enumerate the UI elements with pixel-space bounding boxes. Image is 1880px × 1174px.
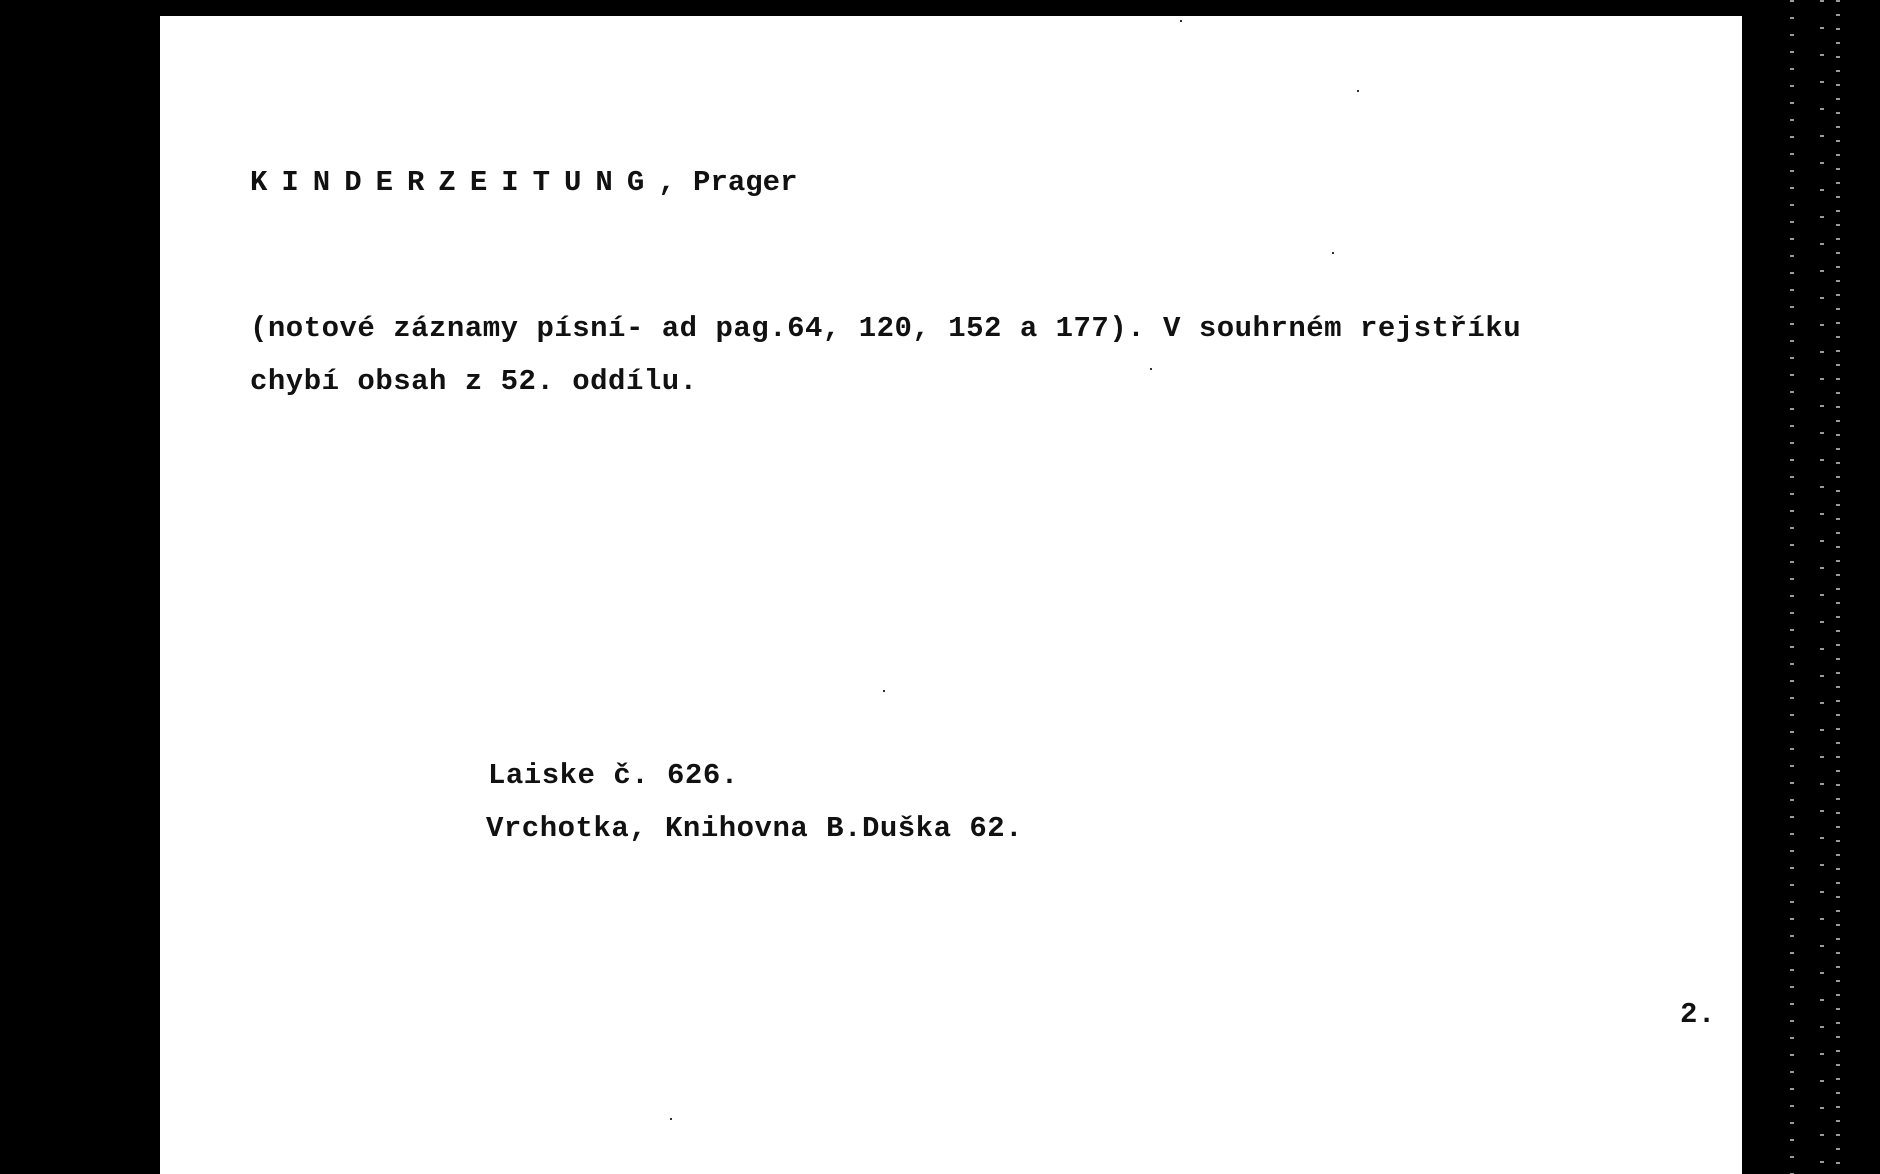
speck [1357,90,1359,92]
reference-line-1: Laiske č. 626. [488,759,739,792]
speck [1180,20,1182,22]
scan-edge-noise [1820,0,1824,1174]
page-number: 2. [1680,998,1716,1031]
speck [670,1118,672,1120]
note-line-1: (notové záznamy písní- ad pag.64, 120, 1… [250,312,1521,345]
catalog-card: KINDERZEITUNG, Prager (notové záznamy pí… [160,16,1742,1174]
speck [1150,368,1152,370]
note-line-2: chybí obsah z 52. oddílu. [250,365,698,398]
card-title: KINDERZEITUNG, Prager [250,166,797,199]
title-name: KINDERZEITUNG [250,166,658,199]
reference-line-2: Vrchotka, Knihovna B.Duška 62. [486,812,1023,845]
speck [1332,252,1334,254]
scan-edge-noise [1790,0,1794,1174]
scan-edge-noise [1836,0,1840,1174]
speck [883,690,885,692]
title-place: , Prager [658,166,797,199]
